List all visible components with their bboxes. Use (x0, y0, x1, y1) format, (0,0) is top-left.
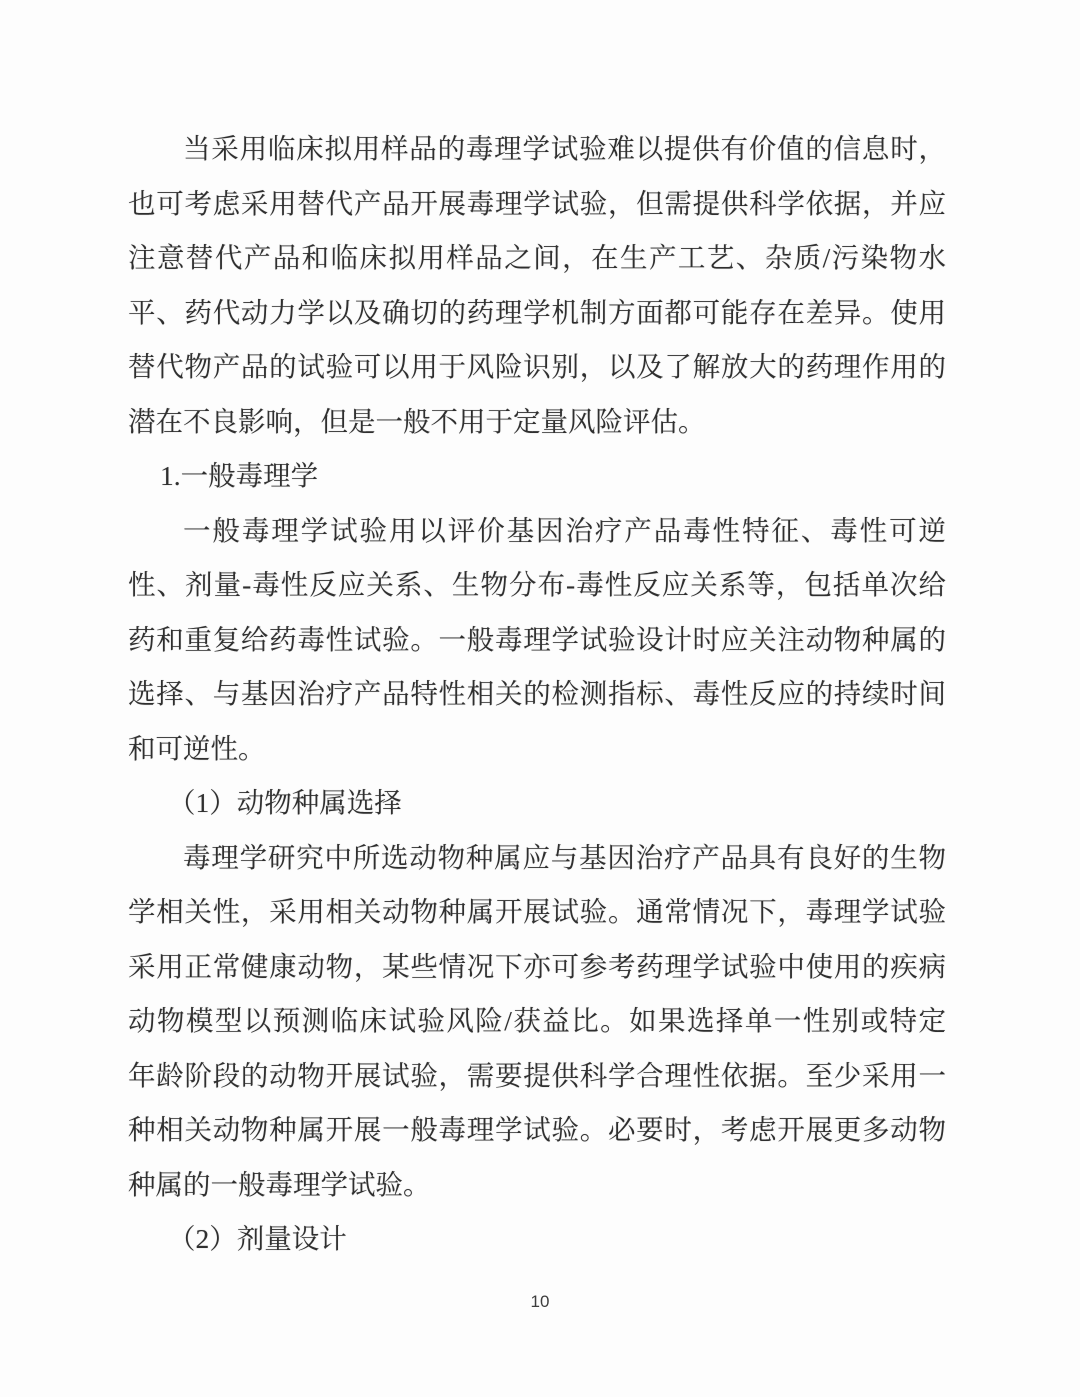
body-line: 种相关动物种属开展一般毒理学试验。必要时，考虑开展更多动物 (128, 1103, 946, 1158)
document-page: 当采用临床拟用样品的毒理学试验难以提供有价值的信息时， 也可考虑采用替代产品开展… (0, 0, 1080, 1397)
document-body: 当采用临床拟用样品的毒理学试验难以提供有价值的信息时， 也可考虑采用替代产品开展… (128, 122, 946, 1267)
body-line: 当采用临床拟用样品的毒理学试验难以提供有价值的信息时， (128, 122, 946, 177)
body-line: 选择、与基因治疗产品特性相关的检测指标、毒性反应的持续时间 (128, 667, 946, 722)
body-line: 注意替代产品和临床拟用样品之间，在生产工艺、杂质/污染物水 (128, 231, 946, 286)
body-line: 动物模型以预测临床试验风险/获益比。如果选择单一性别或特定 (128, 994, 946, 1049)
page-number: 10 (0, 1292, 1080, 1312)
body-line: 平、药代动力学以及确切的药理学机制方面都可能存在差异。使用 (128, 286, 946, 341)
subsection-heading-animal-species: （1）动物种属选择 (128, 776, 946, 831)
body-line: 毒理学研究中所选动物种属应与基因治疗产品具有良好的生物 (128, 831, 946, 886)
body-line: 种属的一般毒理学试验。 (128, 1158, 946, 1213)
body-line: 和可逆性。 (128, 722, 946, 777)
body-line: 性、剂量-毒性反应关系、生物分布-毒性反应关系等，包括单次给 (128, 558, 946, 613)
section-heading-general-toxicology: 1.一般毒理学 (128, 449, 946, 504)
body-line: 药和重复给药毒性试验。一般毒理学试验设计时应关注动物种属的 (128, 613, 946, 668)
body-line: 替代物产品的试验可以用于风险识别，以及了解放大的药理作用的 (128, 340, 946, 395)
body-line: 一般毒理学试验用以评价基因治疗产品毒性特征、毒性可逆 (128, 504, 946, 559)
subsection-heading-dose-design: （2）剂量设计 (128, 1212, 946, 1267)
body-line: 也可考虑采用替代产品开展毒理学试验，但需提供科学依据，并应 (128, 177, 946, 232)
body-line: 年龄阶段的动物开展试验，需要提供科学合理性依据。至少采用一 (128, 1049, 946, 1104)
body-line: 采用正常健康动物，某些情况下亦可参考药理学试验中使用的疾病 (128, 940, 946, 995)
body-line: 潜在不良影响，但是一般不用于定量风险评估。 (128, 395, 946, 450)
body-line: 学相关性，采用相关动物种属开展试验。通常情况下，毒理学试验 (128, 885, 946, 940)
